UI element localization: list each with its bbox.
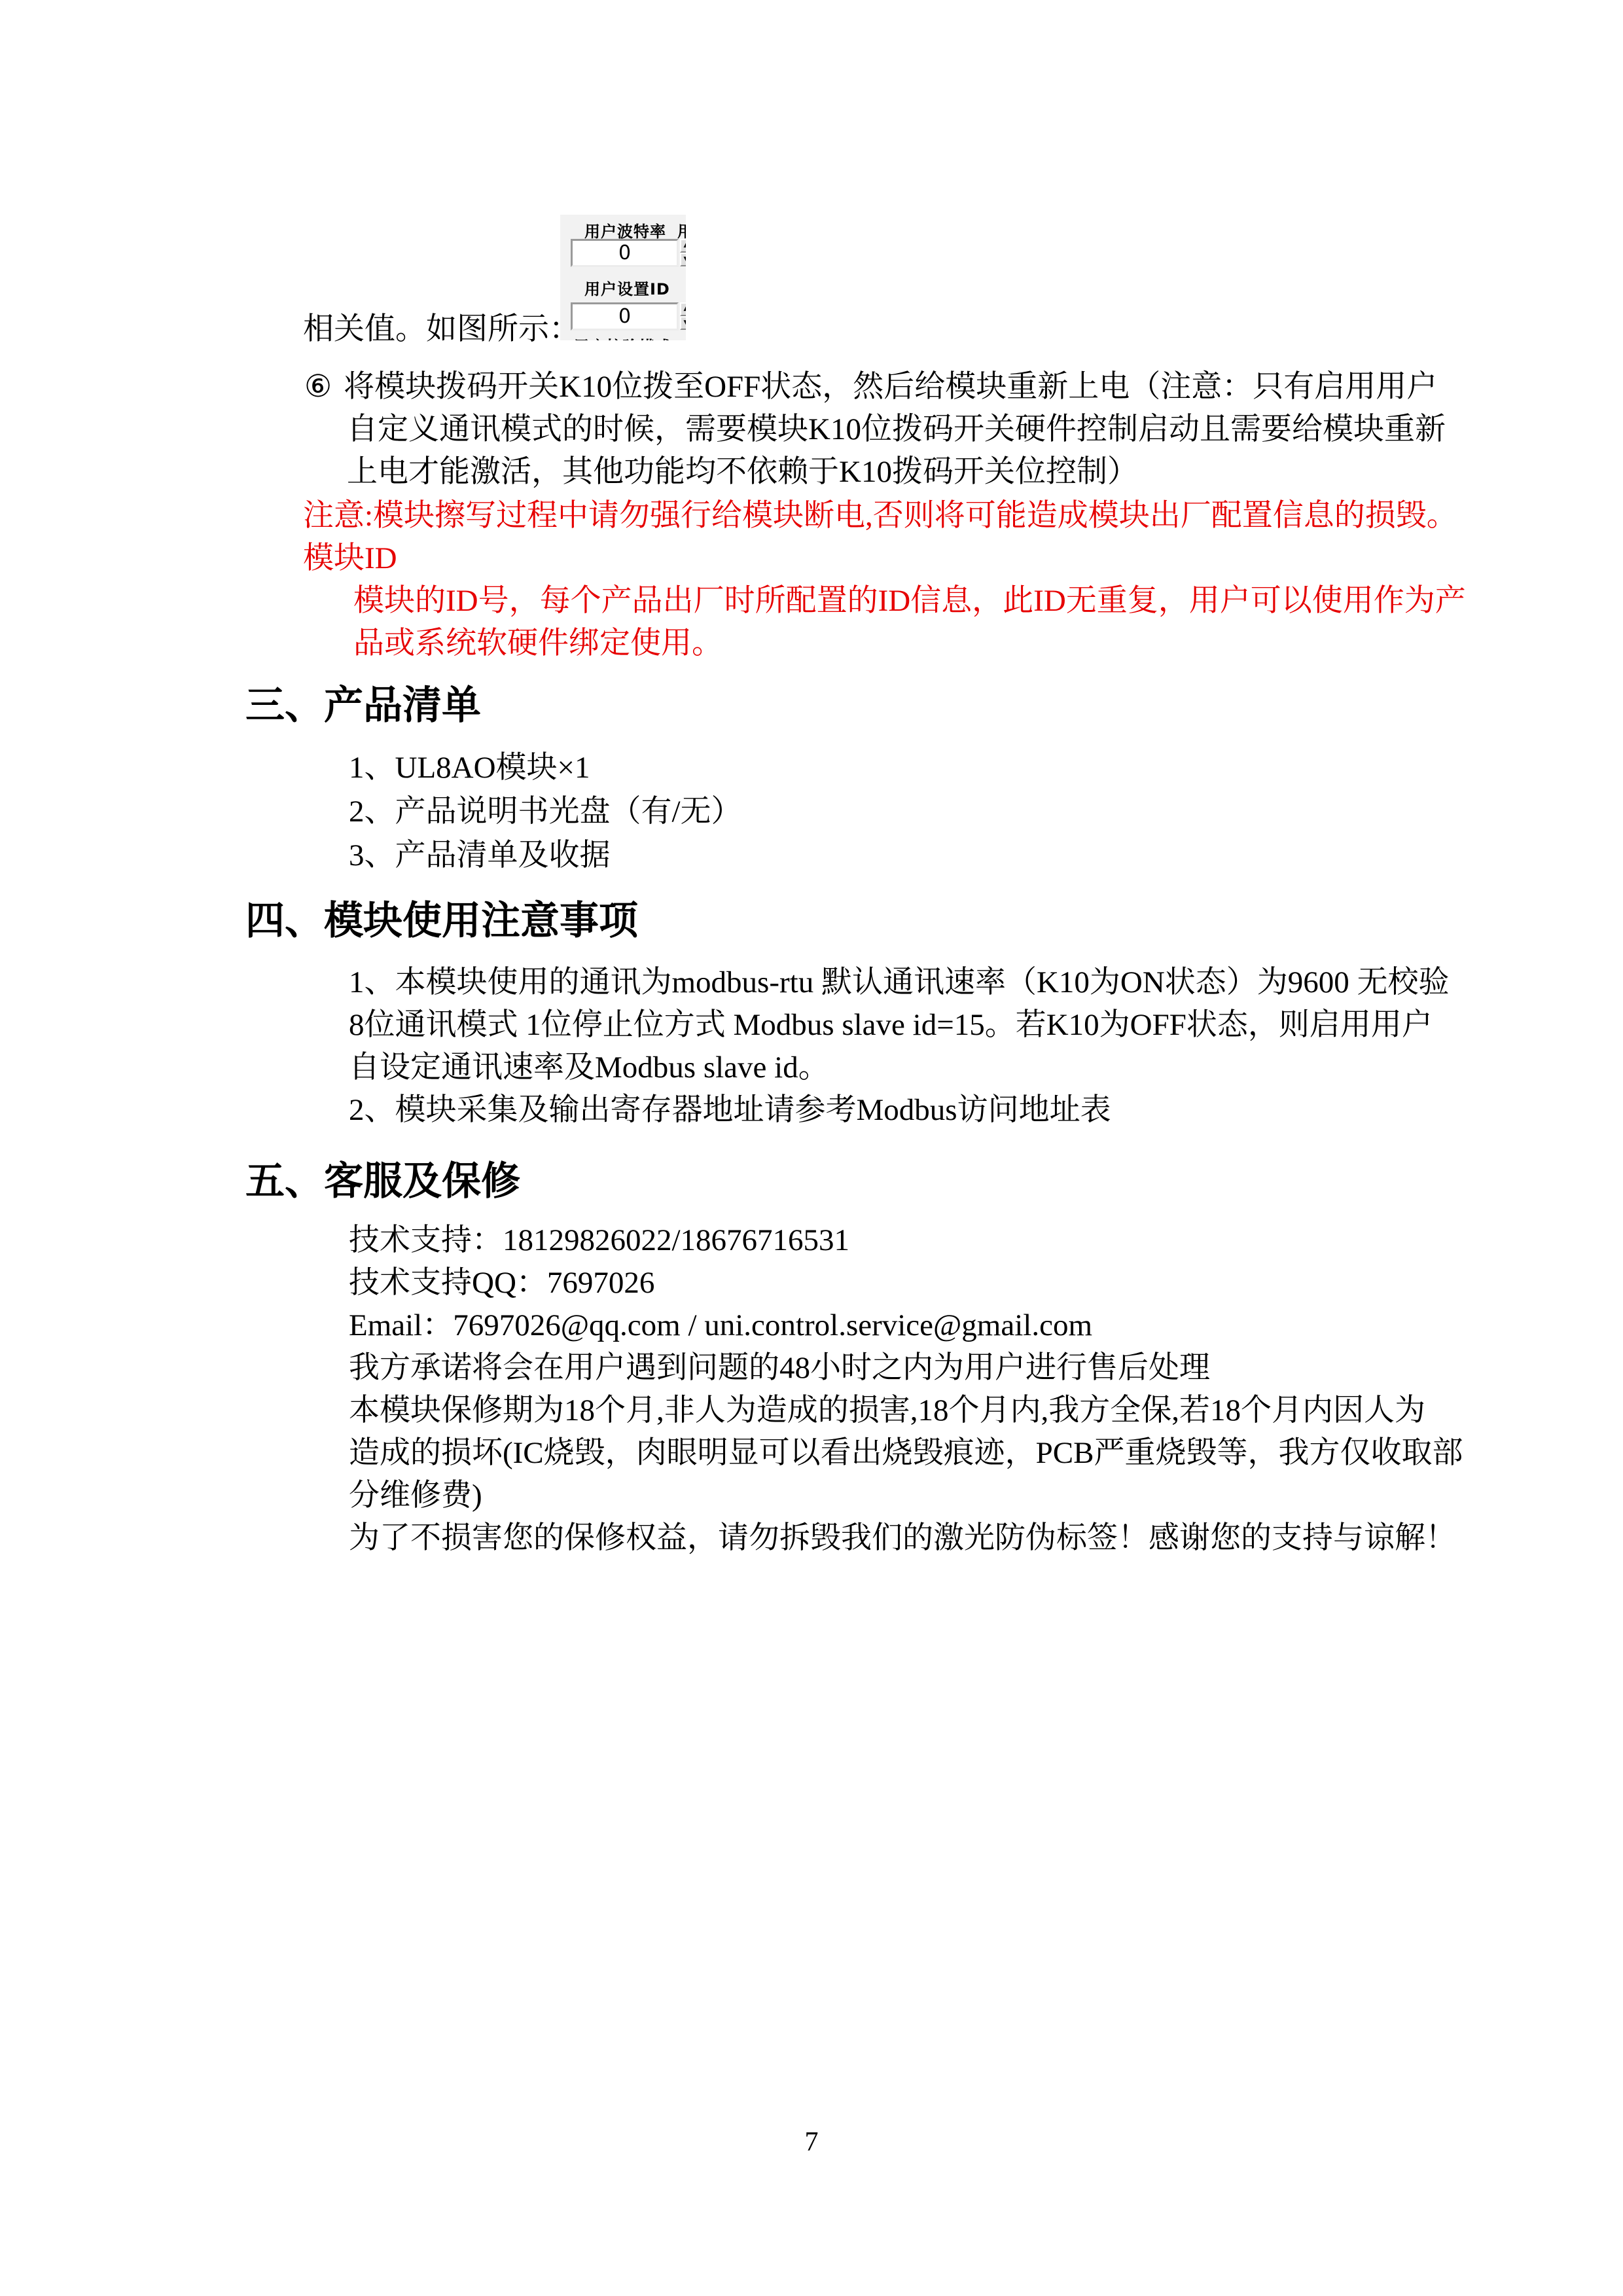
step-6-line-3: 上电才能激活，其他功能均不依赖于K10拨码开关位控制） [347,451,1446,493]
body-line: 造成的损坏(IC烧毁，肉眼明显可以看出烧毁痕迹，PCB严重烧毁等，我方仅收取部 [349,1432,1463,1475]
module-id-title: 模块ID [303,537,1466,580]
section-4-title: 四、模块使用注意事项 [245,901,638,941]
body-line: 1、本模块使用的通讯为modbus-rtu 默认通讯速率（K10为ON状态）为9… [349,961,1450,1004]
step-6-paragraph: ⑥将模块拨码开关K10位拨至OFF状态，然后给模块重新上电（注意：只有启用用户 … [304,366,1446,493]
warning-block: 注意:模块擦写过程中请勿强行给模块断电,否则将可能造成模块出厂配置信息的损毁。 … [303,495,1466,665]
step-6-line-2: 自定义通讯模式的时候，需要模块K10位拨码开关硬件控制启动且需要给模块重新 [347,408,1446,451]
body-line: 本模块保修期为18个月,非人为造成的损害,18个月内,我方全保,若18个月内因人… [349,1390,1463,1432]
baudrate-spinbox: 0 [571,239,679,267]
set-id-spinner: ▲ ▼ [680,302,686,331]
step-6-line-1: ⑥将模块拨码开关K10位拨至OFF状态，然后给模块重新上电（注意：只有启用用户 [304,366,1446,408]
section-5-title: 五、客服及保修 [245,1162,520,1201]
body-line: 技术支持QQ：7697026 [349,1262,1463,1304]
list-item: 3、产品清单及收据 [349,834,742,878]
spinner-down-icon: ▼ [680,316,686,330]
module-id-line-1: 模块的ID号，每个产品出厂时所配置的ID信息，此ID无重复，用户可以使用作为产 [353,580,1466,622]
body-line: 自设定通讯速率及Modbus slave id。 [349,1047,1450,1089]
section-3-list: 1、UL8AO模块×1 2、产品说明书光盘（有/无） 3、产品清单及收据 [349,746,742,878]
body-line: 2、模块采集及输出寄存器地址请参考Modbus访问地址表 [349,1089,1450,1132]
body-line: 我方承诺将会在用户遇到问题的48小时之内为用户进行售后处理 [349,1347,1463,1390]
clipped-right-label: 用 [677,219,686,242]
clipped-bottom-label: 用户校验模式 [573,334,671,340]
step-6-marker: ⑥ [304,366,332,408]
spinner-up-icon: ▲ [680,239,686,253]
spinner-down-icon: ▼ [680,253,686,266]
body-line: 为了不损害您的保修权益，请勿拆毁我们的激光防伪标签！感谢您的支持与谅解！ [349,1517,1463,1560]
body-line: 技术支持：18129826022/18676716531 [349,1219,1463,1262]
section-3-title: 三、产品清单 [245,686,481,725]
baudrate-label: 用户波特率 [584,219,666,242]
embedded-screenshot: 用户波特率 用 0 ▲ ▼ 用户设置ID 0 ▲ ▼ 用户校验模式 [560,215,686,340]
baudrate-spinner: ▲ ▼ [680,239,686,267]
list-item: 2、产品说明书光盘（有/无） [349,790,742,834]
section-4-body: 1、本模块使用的通讯为modbus-rtu 默认通讯速率（K10为ON状态）为9… [349,961,1450,1132]
spinner-up-icon: ▲ [680,302,686,316]
figure-caption: 相关值。如图所示： [303,313,580,346]
list-item: 1、UL8AO模块×1 [349,746,742,790]
set-id-spinbox: 0 [571,302,679,331]
warning-note: 注意:模块擦写过程中请勿强行给模块断电,否则将可能造成模块出厂配置信息的损毁。 [303,495,1466,537]
page-number: 7 [0,2128,1623,2156]
section-5-body: 技术支持：18129826022/18676716531 技术支持QQ：7697… [349,1219,1463,1560]
body-line: Email：7697026@qq.com / uni.control.servi… [349,1304,1463,1347]
step-6-text-1: 将模块拨码开关K10位拨至OFF状态，然后给模块重新上电（注意：只有启用用户 [344,370,1437,404]
body-line: 分维修费) [349,1475,1463,1517]
body-line: 8位通讯模式 1位停止位方式 Modbus slave id=15。若K10为O… [349,1004,1450,1047]
module-id-line-2: 品或系统软硬件绑定使用。 [353,622,1466,665]
document-page: 相关值。如图所示： 用户波特率 用 0 ▲ ▼ 用户设置ID 0 ▲ ▼ 用户校… [0,0,1623,2296]
set-id-label: 用户设置ID [584,276,670,299]
